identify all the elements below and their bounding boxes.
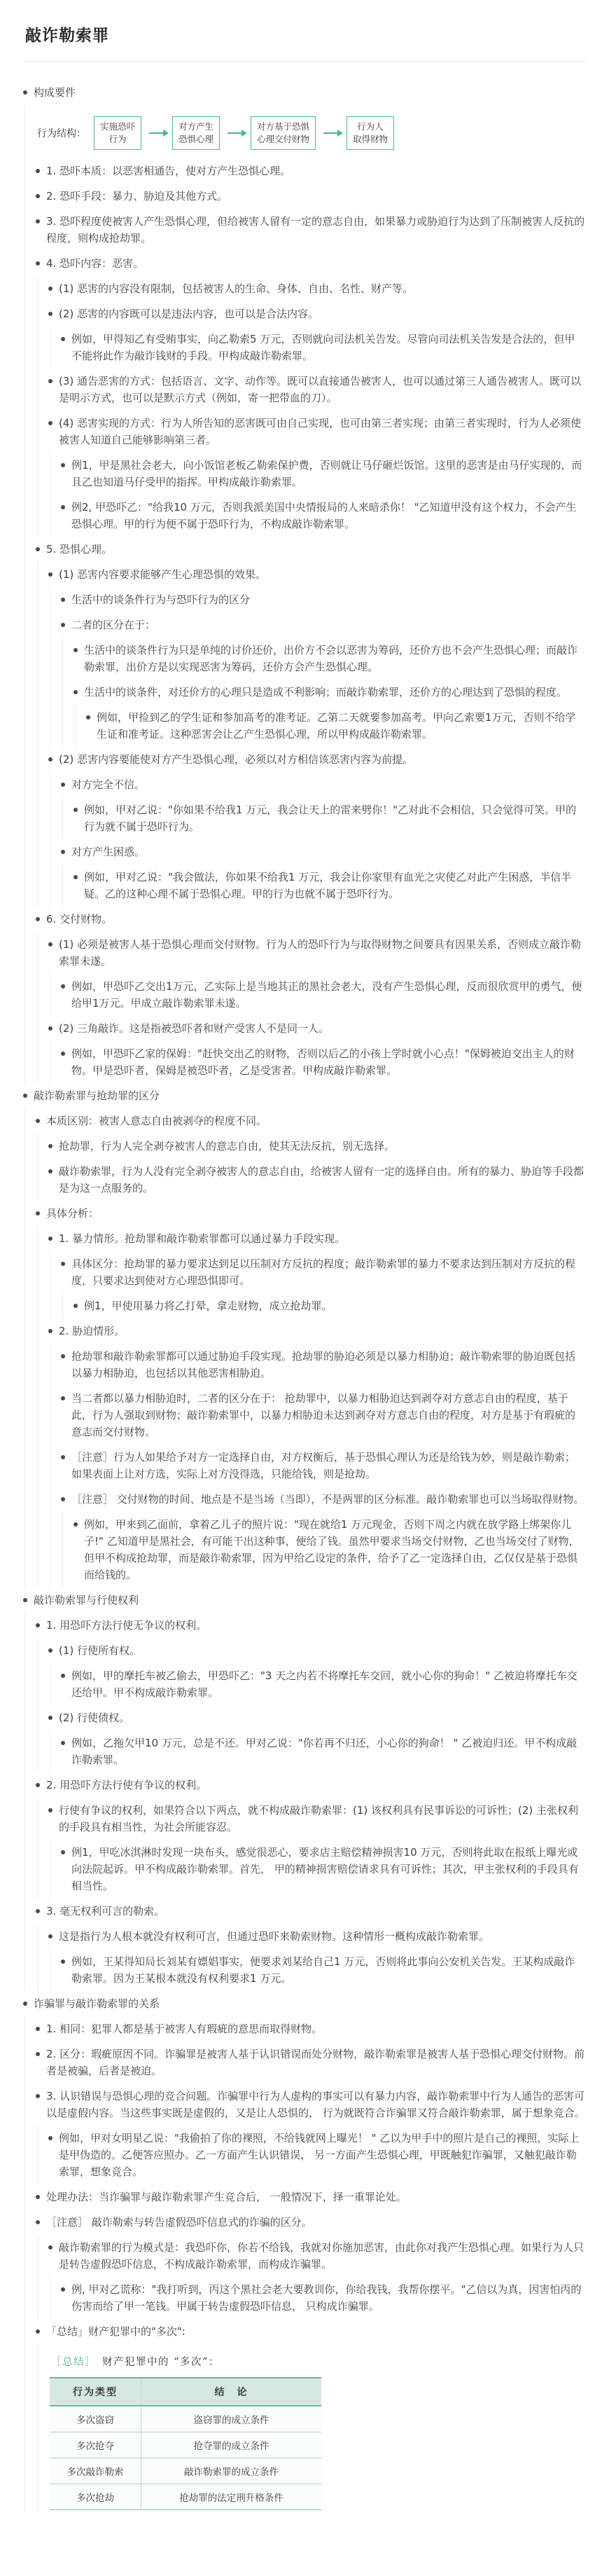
outline-item: ［注意］ 交付财物的时间、地点是不是当场（当即），不是两罪的区分标准。敲诈勒索罪…: [61, 1487, 585, 1512]
outline-item: 敲诈勒索罪与行使权利: [23, 1587, 585, 1613]
outline-item: 5. 恐惧心理。: [36, 537, 585, 562]
outline-item: 具体区分：抢劫罪的暴力要求达到足以压制对方反抗的程度；敲诈勒索罪的暴力不要求达到…: [61, 1251, 585, 1293]
outline-node: 3. 毫无权利可言的勒索。这是指行为人根本就没有权利可言，但通过恐吓来勒索财物。…: [36, 1899, 585, 1991]
outline-item: 例, 甲对乙谎称："我打听到，丙这个黑社会老大要教训你，你给我钱，我帮你摆平。"…: [61, 2277, 585, 2319]
outline-node: (1) 恶害的内容没有限制，包括被害人的生命、身体、自由、名性、财产等。: [48, 276, 585, 301]
bullet-icon[interactable]: [48, 1026, 52, 1031]
outline-children: 生活中的谈条件行为只是单纯的讨价还价，出价方不会以恶害为筹码，还价方也不会产生恐…: [62, 638, 585, 747]
outline-item-text: 敲诈勒索罪的行为模式是：我恐吓你，你若不给钱，我就对你施加恶害，由此你对我产生恐…: [59, 2239, 585, 2273]
bullet-icon[interactable]: [36, 1909, 40, 1913]
outline-item: 生活中的谈条件行为只是单纯的讨价还价，出价方不会以恶害为筹码，还价方也不会产生恐…: [73, 638, 585, 680]
bullet-icon[interactable]: [61, 1959, 65, 1964]
outline-item-text: 本质区别：被害人意志自由被剥夺的程度不同。: [46, 1113, 267, 1129]
bullet-icon[interactable]: [48, 1808, 52, 1812]
outline-item-text: 例如，甲恐吓乙交出1万元，乙实际上是当地其正的黑社会老大，没有产生恐惧心理，反而…: [71, 978, 585, 1012]
bullet-icon[interactable]: [36, 1783, 40, 1787]
outline-node: 生活中的谈条件行为只是单纯的讨价还价，出价方不会以恶害为筹码，还价方也不会产生恐…: [73, 638, 585, 680]
outline-children: 抢劫罪，行为人完全剥夺被害人的意志自由，使其无法反抗，别无选择。敲诈勒索罪，行为…: [37, 1134, 585, 1201]
outline-item-text: ［注意］行为人如果给予对方一定选择自由，对方权衡后，基于恐惧心理认为还是给钱为妙…: [71, 1449, 585, 1482]
outline-node: 例1，甲吃冰淇淋时发现一块布头，感觉很恶心，要求店主赔偿精神损害10 万元，否则…: [61, 1840, 585, 1899]
outline-item: 抢劫罪和敲诈勒索罪都可以通过胁迫手段实现。抢劫罪的胁迫必须是以暴力相胁迫；敲诈勒…: [61, 1344, 585, 1386]
outline-item: 例1，甲使用暴力将乙打晕，拿走财物，成立抢劫罪。: [73, 1293, 585, 1318]
bullet-icon[interactable]: [61, 1396, 65, 1400]
outline-node: 对方完全不信。例如，甲对乙说："你如果不给我1 万元，我会让天上的雷来劈你！"乙…: [61, 772, 585, 839]
outline-item: 例如，甲得知乙有受贿事实，向乙勒索5 万元，否则就向司法机关告发。尽管向司法机关…: [61, 326, 585, 369]
outline-item: 例1，甲是黑社会老大，向小饭馆老板乙勒索保护费，否则就让马仔砸烂饭馆。这里的恶害…: [61, 453, 585, 495]
outline-item: 例2, 甲恐吓乙："给我10 万元，否则我派美国中央情报局的人来暗杀你！ "乙知…: [61, 495, 585, 537]
outline-children: (1) 行使所有权。例如，甲的摩托车被乙偷去，甲恐吓乙："3 天之内若不将摩托车…: [37, 1638, 585, 1772]
outline-item-text: 生活中的谈条件行为只是单纯的讨价还价，出价方不会以恶害为筹码，还价方也不会产生恐…: [84, 642, 585, 675]
outline-node: 敲诈勒索罪的行为模式是：我恐吓你，你若不给钱，我就对你施加恶害，由此你对我产生恐…: [48, 2235, 585, 2319]
bullet-icon[interactable]: [61, 1497, 65, 1501]
bullet-icon[interactable]: [36, 2027, 40, 2031]
outline-item-text: 1. 用恐吓方法行使无争议的权利。: [46, 1617, 206, 1634]
bullet-icon[interactable]: [48, 379, 52, 383]
outline-item-text: 二者的区分在于：: [71, 617, 155, 633]
bullet-icon[interactable]: [36, 547, 40, 551]
outline-node: 「总结」财产犯罪中的"多次":［总结］财产犯罪中的 “多次”：行为类型结 论多次…: [36, 2319, 585, 2513]
outline-item-text: 对方产生困惑。: [71, 843, 145, 860]
bullet-icon[interactable]: [48, 942, 52, 946]
outline-node: 本质区别：被害人意志自由被剥夺的程度不同。抢劫罪，行为人完全剥夺被害人的意志自由…: [36, 1108, 585, 1201]
flow-box: 对方产生 恐惧心理: [172, 116, 220, 150]
table-cell: 多次抢夺: [50, 2432, 141, 2458]
outline-node: (1) 恶害内容要求能够产生心理恐惧的效果。生活中的谈条件行为与恐吓行为的区分二…: [48, 562, 585, 747]
outline-item-text: 3. 毫无权利可言的勒索。: [46, 1903, 164, 1920]
bullet-icon[interactable]: [61, 783, 65, 787]
outline-children: 例如，甲对乙说："我会做法，你如果不给我1 万元，我会让你家里有血光之灾使乙对此…: [62, 865, 585, 907]
outline-node: 诈骗罪与敲诈勒索罪的关系1. 相同：犯罪人都是基于被害人有瑕疵的意思而取得财物。…: [23, 1991, 585, 2513]
bullet-icon[interactable]: [73, 648, 78, 652]
bullet-icon[interactable]: [61, 1455, 65, 1459]
bullet-icon[interactable]: [36, 261, 40, 266]
outline-item-text: 1. 相同：犯罪人都是基于被害人有瑕疵的意思而取得财物。: [46, 2020, 322, 2037]
outline-item-text: (2) 恶害的内容既可以是违法内容，也可以是合法内容。: [59, 305, 318, 322]
outline-node: ［总结］财产犯罪中的 “多次”：行为类型结 论多次盗窃盗窃罪的成立条件多次抢夺抢…: [48, 2344, 585, 2513]
outline-item-text: (1) 恶害内容要求能够产生心理恐惧的效果。: [59, 566, 266, 583]
outline-item: (4) 恶害实现的方式：行为人所告知的恶害既可由自己实现，也可由第三者实现；由第…: [48, 411, 585, 453]
outline-node: 例如，甲对乙说："我会做法，你如果不给我1 万元，我会让你家里有血光之灾使乙对此…: [73, 865, 585, 907]
outline-children: (1) 恶害内容要求能够产生心理恐惧的效果。生活中的谈条件行为与恐吓行为的区分二…: [37, 562, 585, 907]
outline-item-text: 例如，王某得知局长刘某有嫖娼事实，便要求刘某给自己1 万元，否则将此事向公安机关…: [71, 1953, 585, 1987]
bullet-icon[interactable]: [73, 808, 78, 812]
outline-item: 敲诈勒索罪，行为人没有完全剥夺被害人的意志自由，给被害人留有一定的选择自由。所有…: [48, 1159, 585, 1201]
bullet-icon[interactable]: [48, 2136, 52, 2140]
outline-item-text: 2. 用恐吓方法行使有争议的权利。: [46, 1777, 206, 1793]
bullet-icon[interactable]: [48, 1144, 52, 1148]
outline-item-text: 1. 恐吓本质：以恶害相通告，使对方产生恐惧心理。: [46, 163, 290, 179]
outline-node: 处理办法：当诈骗罪与敲诈勒索罪产生竞合后， 一般情况下，择一重罪论处。: [36, 2184, 585, 2210]
outline-item: 例如，甲恐吓乙交出1万元，乙实际上是当地其正的黑社会老大，没有产生恐惧心理，反而…: [61, 974, 585, 1016]
outline-node: 5. 恐惧心理。(1) 恶害内容要求能够产生心理恐惧的效果。生活中的谈条件行为与…: [36, 537, 585, 907]
outline-item: (2) 三角敲诈。这是指被恐吓者和财产受害人不是同一人。: [48, 1016, 585, 1041]
bullet-icon[interactable]: [48, 1329, 52, 1333]
table-cell: 多次盗窃: [50, 2406, 141, 2432]
outline-item-text: 行使有争议的权利，如果符合以下两点，就不构成敲诈勒索罪：(1) 该权利具有民事诉…: [59, 1802, 585, 1835]
outline-node: (1) 行使所有权。例如，甲的摩托车被乙偷去，甲恐吓乙："3 天之内若不将摩托车…: [48, 1638, 585, 1705]
outline-node: (2) 行使债权。例如，乙拖欠甲10 万元，总是不还。甲对乙说："你若再不归还，…: [48, 1705, 585, 1772]
outline-node: 生活中的谈条件行为与恐吓行为的区分: [61, 587, 585, 612]
outline-children: ［总结］财产犯罪中的 “多次”：行为类型结 论多次盗窃盗窃罪的成立条件多次抢夺抢…: [37, 2344, 585, 2513]
outline-node: 具体区分：抢劫罪的暴力要求达到足以压制对方反抗的程度；敲诈勒索罪的暴力不要求达到…: [61, 1251, 585, 1318]
outline-item: 诈骗罪与敲诈勒索罪的关系: [23, 1991, 585, 2016]
outline-item: (2) 恶害的内容既可以是违法内容，也可以是合法内容。: [48, 301, 585, 326]
outline-node: 这是指行为人根本就没有权利可言，但通过恐吓来勒索财物。这种情形一概构成敲诈勒索罪…: [48, 1924, 585, 1991]
outline-item: 对方完全不信。: [61, 772, 585, 797]
bullet-icon[interactable]: [48, 572, 52, 577]
outline-item-text: 敲诈勒索罪，行为人没有完全剥夺被害人的意志自由，给被害人留有一定的选择自由。所有…: [59, 1163, 585, 1197]
outline-children: 例1，甲使用暴力将乙打晕，拿走财物，成立抢劫罪。: [62, 1293, 585, 1318]
bullet-icon[interactable]: [36, 2220, 40, 2224]
outline-children: 例1，甲吃冰淇淋时发现一块布头，感觉很恶心，要求店主赔偿精神损害10 万元，否则…: [50, 1840, 585, 1899]
outline-node: 2. 区分：瑕疵原因不同。诈骗罪是被害人基于认识错误而处分财物，敲诈勒索罪是被害…: [36, 2041, 585, 2083]
outline-item: (3) 通告恶害的方式：包括语言、文字、动作等。既可以直接通告被害人，也可以通过…: [48, 369, 585, 411]
outline-node: 4. 恐吓内容：恶害。(1) 恶害的内容没有限制，包括被害人的生命、身体、自由、…: [36, 251, 585, 537]
outline-item-text: 敲诈勒索罪与抢劫罪的区分: [34, 1087, 160, 1104]
bullet-icon[interactable]: [61, 598, 65, 602]
outline-node: 1. 暴力情形。抢劫罪和敲诈勒索罪都可以通过暴力手段实现。具体区分：抢劫罪的暴力…: [48, 1226, 585, 1318]
bullet-icon[interactable]: [23, 1598, 27, 1602]
outline-item: 处理办法：当诈骗罪与敲诈勒索罪产生竞合后， 一般情况下，择一重罪论处。: [36, 2184, 585, 2210]
outline-item-text: 敲诈勒索罪与行使权利: [34, 1592, 139, 1609]
bullet-icon[interactable]: [48, 421, 52, 425]
outline-children: 例如，甲捡到乙的学生证和参加高考的准考证。乙第二天就要参加高考。甲向乙索要1万元…: [75, 705, 585, 747]
outline-children: 具体区分：抢劫罪的暴力要求达到足以压制对方反抗的程度；敲诈勒索罪的暴力不要求达到…: [50, 1251, 585, 1318]
bullet-icon[interactable]: [61, 2287, 65, 2292]
page-title: 敲诈勒索罪: [25, 22, 585, 46]
outline-item-text: 处理办法：当诈骗罪与敲诈勒索罪产生竞合后， 一般情况下，择一重罪论处。: [46, 2189, 407, 2205]
bullet-icon[interactable]: [61, 1850, 65, 1854]
outline-item: 例如，甲对乙说："我会做法，你如果不给我1 万元，我会让你家里有血光之灾使乙对此…: [73, 865, 585, 907]
table-cell: 抢夺罪的成立条件: [141, 2432, 322, 2458]
bullet-icon[interactable]: [61, 463, 65, 467]
bullet-icon[interactable]: [61, 1674, 65, 1678]
outline-item: 例如，甲恐吓乙家的保姆："赶快交出乙的财物，否则以后乙的小孩上学时就小心点！"保…: [61, 1041, 585, 1083]
outline-item: 1. 恐吓本质：以恶害相通告，使对方产生恐惧心理。: [36, 158, 585, 184]
outline-node: 例, 甲对乙谎称："我打听到，丙这个黑社会老大要教训你，你给我钱，我帮你摆平。"…: [61, 2277, 585, 2319]
outline-children: (1) 恶害的内容没有限制，包括被害人的生命、身体、自由、名性、财产等。(2) …: [37, 276, 585, 537]
outline-item-text: 例如，甲对女明星乙说："我偷拍了你的裸照，不给钱就网上曝光！ " 乙以为甲手中的…: [59, 2130, 585, 2180]
outline-item-text: 例如，甲对乙说："我会做法，你如果不给我1 万元，我会让你家里有血光之灾使乙对此…: [84, 869, 585, 902]
outline-item-text: 例2, 甲恐吓乙："给我10 万元，否则我派美国中央情报局的人来暗杀你！ "乙知…: [71, 499, 585, 532]
bullet-icon[interactable]: [48, 1237, 52, 1241]
outline-item-text: 例1，甲是黑社会老大，向小饭馆老板乙勒索保护费，否则就让马仔砸烂饭馆。这里的恶害…: [71, 457, 585, 490]
flow-arrow-icon: [227, 132, 243, 134]
bullet-icon[interactable]: [73, 1522, 78, 1527]
outline-node: 具体分析：1. 暴力情形。抢劫罪和敲诈勒索罪都可以通过暴力手段实现。具体区分：抢…: [36, 1201, 585, 1587]
outline-node: 二者的区分在于：生活中的谈条件行为只是单纯的讨价还价，出价方不会以恶害为筹码，还…: [61, 612, 585, 747]
outline-node: 抢劫罪和敲诈勒索罪都可以通过胁迫手段实现。抢劫罪的胁迫必须是以暴力相胁迫；敲诈勒…: [61, 1344, 585, 1386]
flow-box: 实施恐吓 行为: [94, 116, 141, 150]
outline-item: 当二者都以暴力相胁迫时，二者的区分在于： 抢劫罪中，以暴力相胁迫达到剥夺对方意志…: [61, 1386, 585, 1445]
outline-item-text: 例如，甲的摩托车被乙偷去，甲恐吓乙："3 天之内若不将摩托车交回，就小心你的狗命…: [71, 1667, 585, 1701]
table-header-cell: 行为类型: [50, 2378, 141, 2406]
bullet-icon[interactable]: [36, 219, 40, 223]
bullet-icon[interactable]: [73, 690, 78, 694]
bullet-icon[interactable]: [61, 1741, 65, 1745]
bullet-icon[interactable]: [73, 1304, 78, 1308]
diagram-label: 行为结构：: [37, 126, 86, 140]
outline-item: 1. 暴力情形。抢劫罪和敲诈勒索罪都可以通过暴力手段实现。: [48, 1226, 585, 1251]
outline-item-text: (3) 通告恶害的方式：包括语言、文字、动作等。既可以直接通告被害人，也可以通过…: [59, 373, 585, 406]
table-cell: 抢劫罪的法定刑升格条件: [141, 2484, 322, 2510]
outline-item-text: (1) 恶害的内容没有限制，包括被害人的生命、身体、自由、名性、财产等。: [59, 280, 413, 297]
bullet-icon[interactable]: [36, 169, 40, 173]
outline-item-text: 抢劫罪和敲诈勒索罪都可以通过胁迫手段实现。抢劫罪的胁迫必须是以暴力相胁迫；敲诈勒…: [71, 1348, 585, 1382]
outline-item: 敲诈勒索罪的行为模式是：我恐吓你，你若不给钱，我就对你施加恶害，由此你对我产生恐…: [48, 2235, 585, 2277]
outline-item: 例如，甲捡到乙的学生证和参加高考的准考证。乙第二天就要参加高考。甲向乙索要1万元…: [86, 705, 585, 747]
outline-node: 对方产生困惑。例如，甲对乙说："我会做法，你如果不给我1 万元，我会让你家里有血…: [61, 839, 585, 907]
outline-item-text: (2) 三角敲诈。这是指被恐吓者和财产受害人不是同一人。: [59, 1020, 329, 1037]
outline-children: (1) 必须是被害人基于恐惧心理而交付财物。行为人的恐吓行为与取得财物之间要具有…: [37, 932, 585, 1083]
bullet-icon[interactable]: [48, 1934, 52, 1938]
outline-node: (2) 三角敲诈。这是指被恐吓者和财产受害人不是同一人。例如，甲恐吓乙家的保姆：…: [48, 1016, 585, 1083]
summary-caption-text: 财产犯罪中的 “多次”：: [102, 2357, 220, 2368]
bullet-icon[interactable]: [23, 2002, 27, 2006]
outline-item-text: (2) 恶害内容要能使对方产生恐惧心理，必须以对方相信该恶害内容为前提。: [59, 751, 413, 768]
outline-children: 敲诈勒索罪的行为模式是：我恐吓你，你若不给钱，我就对你施加恶害，由此你对我产生恐…: [37, 2235, 585, 2319]
outline-item-text: 当二者都以暴力相胁迫时，二者的区分在于： 抢劫罪中，以暴力相胁迫达到剥夺对方意志…: [71, 1390, 585, 1440]
bullet-icon[interactable]: [48, 1648, 52, 1653]
outline-node: 例如，甲恐吓乙交出1万元，乙实际上是当地其正的黑社会老大，没有产生恐惧心理，反而…: [61, 974, 585, 1016]
bullet-icon[interactable]: [36, 2329, 40, 2334]
flow-box: 对方基于恐惧 心理交付财物: [251, 116, 316, 150]
outline-node: 敲诈勒索罪，行为人没有完全剥夺被害人的意志自由，给被害人留有一定的选择自由。所有…: [48, 1159, 585, 1201]
bullet-icon[interactable]: [61, 337, 65, 341]
outline-item: 例如，甲的摩托车被乙偷去，甲恐吓乙："3 天之内若不将摩托车交回，就小心你的狗命…: [61, 1663, 585, 1705]
document-page: 敲诈勒索罪 构成要件行为结构：实施恐吓 行为对方产生 恐惧心理对方基于恐惧 心理…: [0, 0, 609, 2576]
outline-item: 4. 恐吓内容：恶害。: [36, 251, 585, 276]
outline-item-text: ［注意］ 交付财物的时间、地点是不是当场（当即），不是两罪的区分标准。敲诈勒索罪…: [71, 1491, 584, 1508]
outline-children: 生活中的谈条件行为与恐吓行为的区分二者的区分在于：生活中的谈条件行为只是单纯的讨…: [50, 587, 585, 747]
outline-node: 3. 恐吓程度使被害人产生恐惧心理，但给被害人留有一定的意志自由，如果暴力或胁迫…: [36, 209, 585, 251]
bullet-icon[interactable]: [36, 1623, 40, 1627]
outline-node: 例2, 甲恐吓乙："给我10 万元，否则我派美国中央情报局的人来暗杀你！ "乙知…: [61, 495, 585, 537]
outline-item: ［注意］行为人如果给予对方一定选择自由，对方权衡后，基于恐惧心理认为还是给钱为妙…: [61, 1445, 585, 1487]
table-cell: 多次敲诈勒索: [50, 2458, 141, 2484]
outline-item: 例如，甲对乙说："你如果不给我1 万元，我会让天上的雷来劈你！"乙对此不会相信，…: [73, 797, 585, 839]
outline-item-text: 1. 暴力情形。抢劫罪和敲诈勒索罪都可以通过暴力手段实现。: [59, 1230, 345, 1247]
bullet-icon[interactable]: [36, 2094, 40, 2098]
outline-item: 例如，乙拖欠甲10 万元，总是不还。甲对乙说："你若再不归还，小心你的狗命！ "…: [61, 1730, 585, 1772]
outline-node: 敲诈勒索罪与抢劫罪的区分本质区别：被害人意志自由被剥夺的程度不同。抢劫罪，行为人…: [23, 1083, 585, 1587]
outline-item: 具体分析：: [36, 1201, 585, 1226]
outline-node: 1. 用恐吓方法行使无争议的权利。(1) 行使所有权。例如，甲的摩托车被乙偷去，…: [36, 1613, 585, 1772]
table-header-cell: 结 论: [141, 2378, 322, 2406]
outline-item: 行使有争议的权利，如果符合以下两点，就不构成敲诈勒索罪：(1) 该权利具有民事诉…: [48, 1798, 585, 1840]
bullet-icon[interactable]: [86, 715, 90, 719]
outline-item-text: 例如，乙拖欠甲10 万元，总是不还。甲对乙说："你若再不归还，小心你的狗命！ "…: [71, 1735, 585, 1768]
outline-node: 抢劫罪，行为人完全剥夺被害人的意志自由，使其无法反抗，别无选择。: [48, 1134, 585, 1159]
outline-item: (1) 行使所有权。: [48, 1638, 585, 1663]
outline-node: 例1，甲是黑社会老大，向小饭馆老板乙勒索保护费，否则就让马仔砸烂饭馆。这里的恶害…: [61, 453, 585, 495]
bullet-icon[interactable]: [48, 312, 52, 316]
bullet-icon[interactable]: [61, 505, 65, 509]
outline-node: (1) 必须是被害人基于恐惧心理而交付财物。行为人的恐吓行为与取得财物之间要具有…: [48, 932, 585, 1016]
outline-item: 2. 用恐吓方法行使有争议的权利。: [36, 1772, 585, 1798]
bullet-icon[interactable]: [36, 2195, 40, 2199]
outline-item-text: 例如，甲捡到乙的学生证和参加高考的准考证。乙第二天就要参加高考。甲向乙索要1万元…: [97, 709, 585, 743]
outline-item-text: 诈骗罪与敲诈勒索罪的关系: [34, 1995, 160, 2012]
outline-item: 对方产生困惑。: [61, 839, 585, 865]
outline-children: 对方完全不信。例如，甲对乙说："你如果不给我1 万元，我会让天上的雷来劈你！"乙…: [50, 772, 585, 907]
outline-node: ［注意］ 交付财物的时间、地点是不是当场（当即），不是两罪的区分标准。敲诈勒索罪…: [61, 1487, 585, 1587]
outline-item: 2. 区分：瑕疵原因不同。诈骗罪是被害人基于认识错误而处分财物，敲诈勒索罪是被害…: [36, 2041, 585, 2083]
outline-node: 敲诈勒索罪与行使权利1. 用恐吓方法行使无争议的权利。(1) 行使所有权。例如，…: [23, 1587, 585, 1991]
outline-item-text: 3. 认识错误与恐惧心理的竞合问题。诈骗罪中行为人虚构的事实可以有暴力内容，敲诈…: [46, 2088, 585, 2121]
outline-item-text: 生活中的谈条件，对还价方的心理只是造成不利影响；而敲诈勒索罪，还价方的心理达到了…: [84, 684, 567, 701]
outline-item: (1) 必须是被害人基于恐惧心理而交付财物。行为人的恐吓行为与取得财物之间要具有…: [48, 932, 585, 974]
bullet-icon[interactable]: [61, 1052, 65, 1056]
outline-node: 例如，甲来到乙面前，拿着乙儿子的照片说："现在就给1 万元现金，否则下周之内就在…: [73, 1512, 585, 1587]
bullet-icon[interactable]: [61, 623, 65, 627]
bullet-icon[interactable]: [23, 90, 27, 95]
outline-node: 1. 恐吓本质：以恶害相通告，使对方产生恐惧心理。: [36, 158, 585, 184]
outline-node: 2. 用恐吓方法行使有争议的权利。行使有争议的权利，如果符合以下两点，就不构成敲…: [36, 1772, 585, 1899]
outline-item: 构成要件: [23, 80, 585, 105]
outline-children: 例如，王某得知局长刘某有嫖娼事实，便要求刘某给自己1 万元，否则将此事向公安机关…: [50, 1949, 585, 1991]
outline-children: 1. 相同：犯罪人都是基于被害人有瑕疵的意思而取得财物。2. 区分：瑕疵原因不同…: [24, 2016, 585, 2513]
outline-item: 「总结」财产犯罪中的"多次":: [36, 2319, 585, 2344]
bullet-icon[interactable]: [73, 875, 78, 879]
outline-children: 例如，甲来到乙面前，拿着乙儿子的照片说："现在就给1 万元现金，否则下周之内就在…: [62, 1512, 585, 1587]
bullet-icon[interactable]: [48, 287, 52, 291]
outline-item-text: 对方完全不信。: [71, 776, 145, 793]
bullet-icon[interactable]: [61, 1354, 65, 1358]
bullet-icon[interactable]: [36, 1119, 40, 1123]
outline-item-text: 例如，甲来到乙面前，拿着乙儿子的照片说："现在就给1 万元现金，否则下周之内就在…: [84, 1516, 585, 1583]
outline-item-text: 抢劫罪，行为人完全剥夺被害人的意志自由，使其无法反抗，别无选择。: [59, 1138, 395, 1155]
outline-item-text: 5. 恐惧心理。: [46, 541, 112, 558]
outline-node: ［注意］ 敲诈勒索与转告虚假恐吓信息式的诈骗的区分。敲诈勒索罪的行为模式是：我恐…: [36, 2210, 585, 2319]
bullet-icon[interactable]: [36, 194, 40, 198]
outline-item-text: 例1，甲吃冰淇淋时发现一块布头，感觉很恶心，要求店主赔偿精神损害10 万元，否则…: [71, 1844, 585, 1894]
outline-item: ［注意］ 敲诈勒索与转告虚假恐吓信息式的诈骗的区分。: [36, 2210, 585, 2235]
outline-node: (4) 恶害实现的方式：行为人所告知的恶害既可由自己实现，也可由第三者实现；由第…: [48, 411, 585, 537]
outline-node: ［注意］行为人如果给予对方一定选择自由，对方权衡后，基于恐惧心理认为还是给钱为妙…: [61, 1445, 585, 1487]
outline-children: 例如，甲对乙说："你如果不给我1 万元，我会让天上的雷来劈你！"乙对此不会相信，…: [62, 797, 585, 839]
table-header-row: 行为类型结 论: [50, 2378, 321, 2406]
summary-tag: ［总结］: [51, 2357, 96, 2368]
outline-item-text: 生活中的谈条件行为与恐吓行为的区分: [71, 591, 250, 608]
behavior-structure-diagram: 行为结构：实施恐吓 行为对方产生 恐惧心理对方基于恐惧 心理交付财物行为人 取得…: [36, 105, 585, 158]
bullet-icon[interactable]: [61, 1262, 65, 1266]
outline-item: 6. 交付财物。: [36, 907, 585, 932]
outline-children: 例如，甲对女明星乙说："我偷拍了你的裸照，不给钱就网上曝光！ " 乙以为甲手中的…: [37, 2126, 585, 2184]
outline-item-text: 例, 甲对乙谎称："我打听到，丙这个黑社会老大要教训你，你给我钱，我帮你摆平。"…: [71, 2281, 585, 2315]
outline-item: 抢劫罪，行为人完全剥夺被害人的意志自由，使其无法反抗，别无选择。: [48, 1134, 585, 1159]
outline-item: 这是指行为人根本就没有权利可言，但通过恐吓来勒索财物。这种情形一概构成敲诈勒索罪…: [48, 1924, 585, 1949]
bullet-icon[interactable]: [23, 1094, 27, 1098]
outline-children: 行使有争议的权利，如果符合以下两点，就不构成敲诈勒索罪：(1) 该权利具有民事诉…: [37, 1798, 585, 1899]
outline-item-text: 具体分析：: [46, 1205, 99, 1222]
bullet-icon[interactable]: [36, 917, 40, 921]
outline-children: 例如，甲恐吓乙交出1万元，乙实际上是当地其正的黑社会老大，没有产生恐惧心理，反而…: [50, 974, 585, 1016]
outline-node: 1. 相同：犯罪人都是基于被害人有瑕疵的意思而取得财物。: [36, 2016, 585, 2041]
outline-node: 6. 交付财物。(1) 必须是被害人基于恐惧心理而交付财物。行为人的恐吓行为与取…: [36, 907, 585, 1083]
outline-item: 例如，甲对女明星乙说："我偷拍了你的裸照，不给钱就网上曝光！ " 乙以为甲手中的…: [48, 2126, 585, 2184]
table-cell: 敲诈勒索罪的成立条件: [141, 2458, 322, 2484]
outline-children: 例, 甲对乙谎称："我打听到，丙这个黑社会老大要教训你，你给我钱，我帮你摆平。"…: [50, 2277, 585, 2319]
outline-item: (1) 恶害内容要求能够产生心理恐惧的效果。: [48, 562, 585, 587]
outline-node: 3. 认识错误与恐惧心理的竞合问题。诈骗罪中行为人虚构的事实可以有暴力内容，敲诈…: [36, 2083, 585, 2184]
outline-node: 例如，甲的摩托车被乙偷去，甲恐吓乙："3 天之内若不将摩托车交回，就小心你的狗命…: [61, 1663, 585, 1705]
bullet-icon[interactable]: [48, 1169, 52, 1173]
outline-item: (2) 恶害内容要能使对方产生恐惧心理，必须以对方相信该恶害内容为前提。: [48, 747, 585, 772]
outline-root: 构成要件行为结构：实施恐吓 行为对方产生 恐惧心理对方基于恐惧 心理交付财物行为…: [23, 80, 585, 2513]
summary-table-caption: ［总结］财产犯罪中的 “多次”：: [51, 2354, 585, 2369]
outline-node: 例如，甲捡到乙的学生证和参加高考的准考证。乙第二天就要参加高考。甲向乙索要1万元…: [86, 705, 585, 747]
flow-arrow-icon: [323, 132, 339, 134]
divider: [23, 61, 585, 62]
outline-item: 3. 毫无权利可言的勒索。: [36, 1899, 585, 1924]
bullet-icon[interactable]: [61, 984, 65, 989]
table-row: 多次盗窃盗窃罪的成立条件: [50, 2406, 321, 2432]
outline-children: 这是指行为人根本就没有权利可言，但通过恐吓来勒索财物。这种情形一概构成敲诈勒索罪…: [37, 1924, 585, 1991]
outline-item-text: 2. 区分：瑕疵原因不同。诈骗罪是被害人基于认识错误而处分财物，敲诈勒索罪是被害…: [46, 2046, 585, 2079]
outline-node: 例如，乙拖欠甲10 万元，总是不还。甲对乙说："你若再不归还，小心你的狗命！ "…: [61, 1730, 585, 1772]
outline-item-text: 这是指行为人根本就没有权利可言，但通过恐吓来勒索财物。这种情形一概构成敲诈勒索罪…: [59, 1928, 489, 1945]
bullet-icon[interactable]: [36, 1211, 40, 1215]
bullet-icon[interactable]: [48, 757, 52, 762]
outline-item-text: 例如，甲恐吓乙家的保姆："赶快交出乙的财物，否则以后乙的小孩上学时就小心点！"保…: [71, 1045, 585, 1079]
outline-node: 行为结构：实施恐吓 行为对方产生 恐惧心理对方基于恐惧 心理交付财物行为人 取得…: [36, 105, 585, 158]
bullet-icon[interactable]: [36, 2052, 40, 2056]
outline-item-text: (4) 恶害实现的方式：行为人所告知的恶害既可由自己实现，也可由第三者实现；由第…: [59, 415, 585, 448]
outline-item: 1. 相同：犯罪人都是基于被害人有瑕疵的意思而取得财物。: [36, 2016, 585, 2041]
outline-item-text: (2) 行使债权。: [59, 1709, 129, 1726]
outline-item-text: 例如，甲对乙说："你如果不给我1 万元，我会让天上的雷来劈你！"乙对此不会相信，…: [84, 801, 585, 835]
outline-children: 例如，甲得知乙有受贿事实，向乙勒索5 万元，否则就向司法机关告发。尽管向司法机关…: [50, 326, 585, 369]
outline-item: 3. 恐吓程度使被害人产生恐惧心理，但给被害人留有一定的意志自由，如果暴力或胁迫…: [36, 209, 585, 251]
bullet-icon[interactable]: [48, 1716, 52, 1720]
outline-item: 生活中的谈条件，对还价方的心理只是造成不利影响；而敲诈勒索罪，还价方的心理达到了…: [73, 680, 585, 705]
outline-node: 2. 胁迫情形。抢劫罪和敲诈勒索罪都可以通过胁迫手段实现。抢劫罪的胁迫必须是以暴…: [48, 1318, 585, 1587]
outline-item-text: 4. 恐吓内容：恶害。: [46, 255, 143, 272]
outline-node: 例如，甲得知乙有受贿事实，向乙勒索5 万元，否则就向司法机关告发。尽管向司法机关…: [61, 326, 585, 369]
outline-item: (1) 恶害的内容没有限制，包括被害人的生命、身体、自由、名性、财产等。: [48, 276, 585, 301]
outline-item-text: 2. 胁迫情形。: [59, 1323, 125, 1339]
outline-item-text: 构成要件: [34, 84, 76, 101]
outline-node: 例1，甲使用暴力将乙打晕，拿走财物，成立抢劫罪。: [73, 1293, 585, 1318]
bullet-icon[interactable]: [48, 2245, 52, 2250]
outline-node: 例如，甲恐吓乙家的保姆："赶快交出乙的财物，否则以后乙的小孩上学时就小心点！"保…: [61, 1041, 585, 1083]
outline-item: 敲诈勒索罪与抢劫罪的区分: [23, 1083, 585, 1108]
outline-item: 例如，王某得知局长刘某有嫖娼事实，便要求刘某给自己1 万元，否则将此事向公安机关…: [61, 1949, 585, 1991]
outline-item-text: 例如，甲得知乙有受贿事实，向乙勒索5 万元，否则就向司法机关告发。尽管向司法机关…: [71, 331, 585, 364]
outline-node: 构成要件行为结构：实施恐吓 行为对方产生 恐惧心理对方基于恐惧 心理交付财物行为…: [23, 80, 585, 1083]
flow-arrow-icon: [149, 132, 164, 134]
outline-node: 生活中的谈条件，对还价方的心理只是造成不利影响；而敲诈勒索罪，还价方的心理达到了…: [73, 680, 585, 747]
table-row: 多次敲诈勒索敲诈勒索罪的成立条件: [50, 2458, 321, 2484]
outline-item: 2. 胁迫情形。: [48, 1318, 585, 1344]
outline-node: 例如，甲对乙说："你如果不给我1 万元，我会让天上的雷来劈你！"乙对此不会相信，…: [73, 797, 585, 839]
outline-children: 本质区别：被害人意志自由被剥夺的程度不同。抢劫罪，行为人完全剥夺被害人的意志自由…: [24, 1108, 585, 1587]
outline-item: 二者的区分在于：: [61, 612, 585, 638]
outline-children: 例如，乙拖欠甲10 万元，总是不还。甲对乙说："你若再不归还，小心你的狗命！ "…: [50, 1730, 585, 1772]
outline-node: 当二者都以暴力相胁迫时，二者的区分在于： 抢劫罪中，以暴力相胁迫达到剥夺对方意志…: [61, 1386, 585, 1445]
outline-item-text: 具体区分：抢劫罪的暴力要求达到足以压制对方反抗的程度；敲诈勒索罪的暴力不要求达到…: [71, 1255, 585, 1289]
flow-box: 行为人 取得财物: [346, 116, 394, 150]
outline-item: 1. 用恐吓方法行使无争议的权利。: [36, 1613, 585, 1638]
outline-item: 例1，甲吃冰淇淋时发现一块布头，感觉很恶心，要求店主赔偿精神损害10 万元，否则…: [61, 1840, 585, 1899]
outline-children: 例1，甲是黑社会老大，向小饭馆老板乙勒索保护费，否则就让马仔砸烂饭馆。这里的恶害…: [50, 453, 585, 537]
table-row: 多次抢劫抢劫罪的法定刑升格条件: [50, 2484, 321, 2510]
outline-children: 抢劫罪和敲诈勒索罪都可以通过胁迫手段实现。抢劫罪的胁迫必须是以暴力相胁迫；敲诈勒…: [50, 1344, 585, 1587]
outline-children: 行为结构：实施恐吓 行为对方产生 恐惧心理对方基于恐惧 心理交付财物行为人 取得…: [24, 105, 585, 1083]
summary-table: 行为类型结 论多次盗窃盗窃罪的成立条件多次抢夺抢夺罪的成立条件多次敲诈勒索敲诈勒…: [50, 2377, 321, 2510]
bullet-icon[interactable]: [61, 850, 65, 854]
